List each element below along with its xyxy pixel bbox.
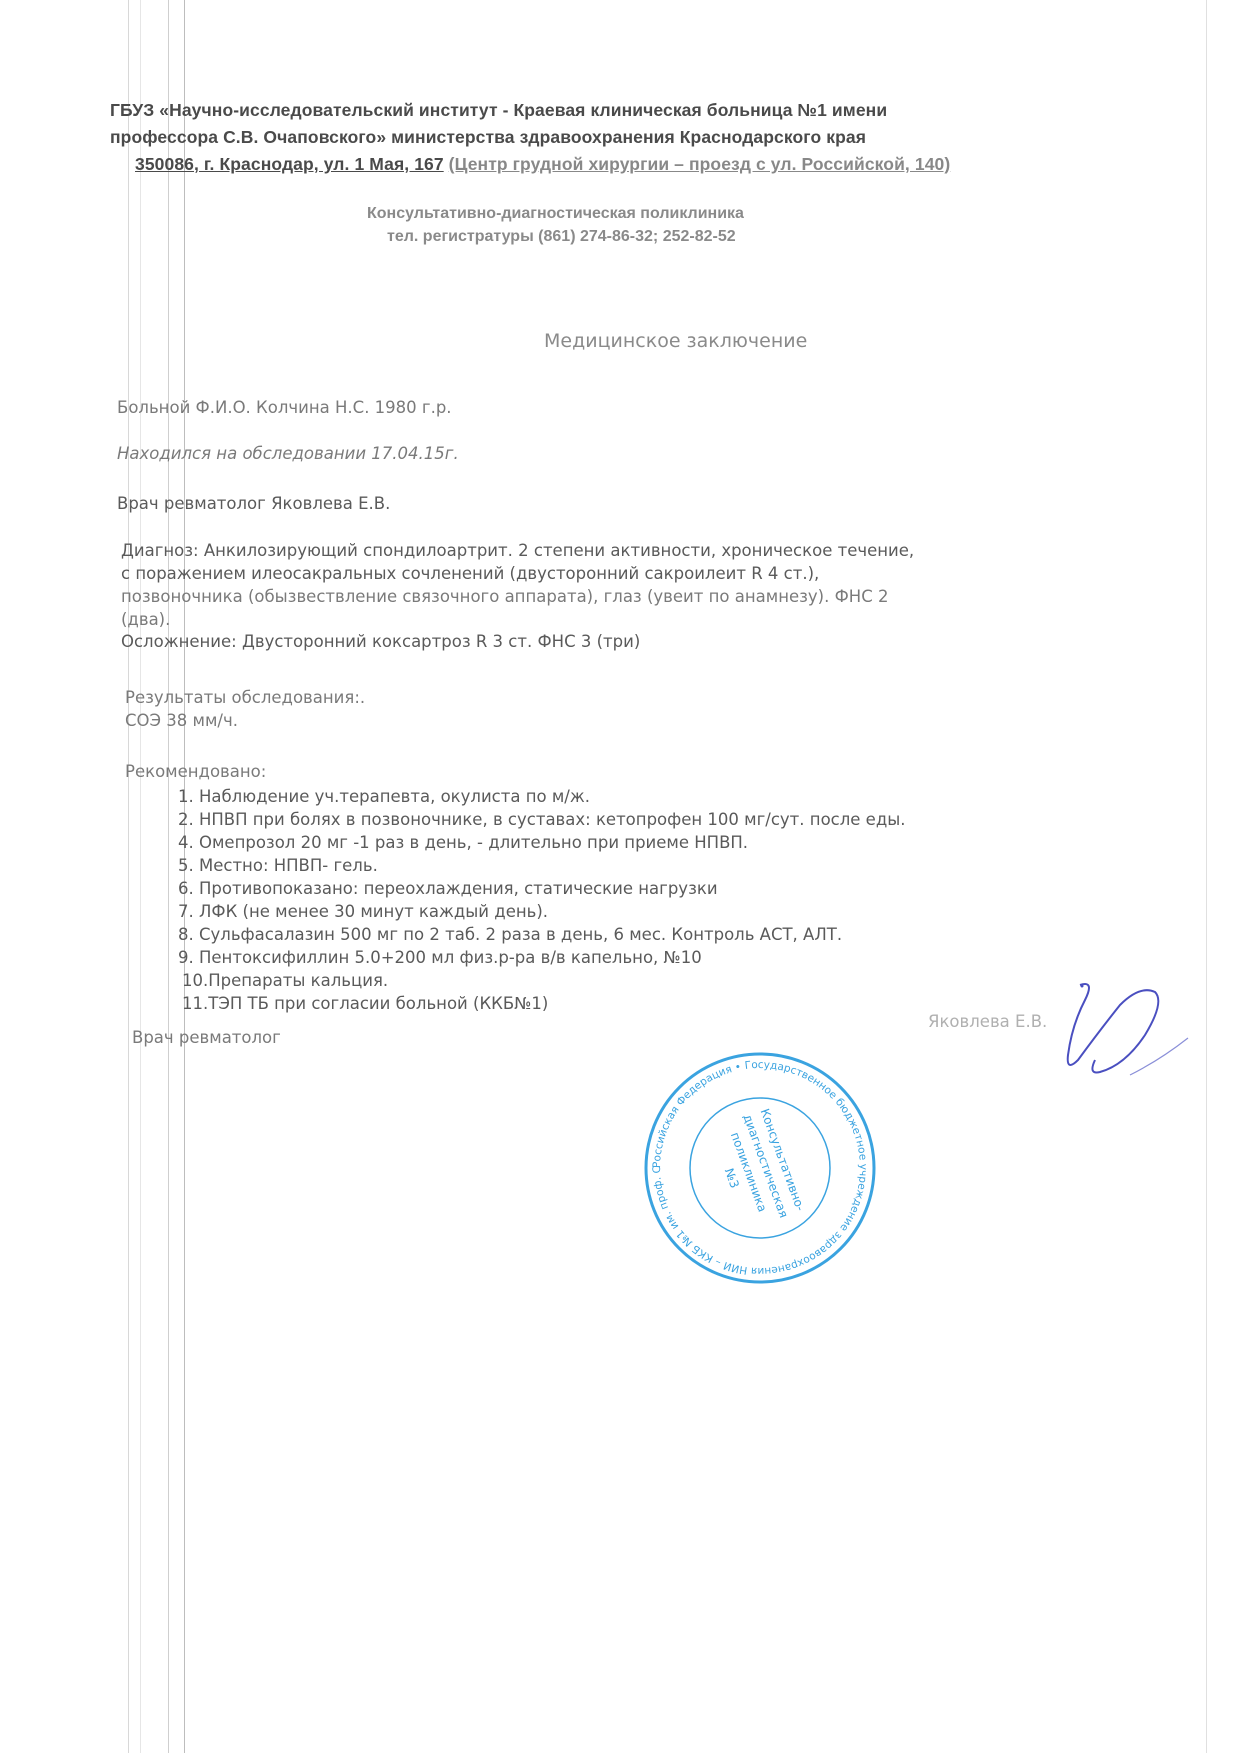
- registry-phone: тел. регистратуры (861) 274-86-32; 252-8…: [387, 228, 736, 246]
- clinic-name: Консультативно-диагностическая поликлини…: [367, 205, 744, 223]
- recommended-heading: Рекомендовано:: [125, 762, 266, 781]
- recommendations-list: 1. Наблюдение уч.терапевта, окулиста по …: [178, 785, 906, 1015]
- recommendation-item: 8. Сульфасалазин 500 мг по 2 таб. 2 раза…: [178, 923, 906, 946]
- scan-artifact-line: [140, 0, 141, 1753]
- results-heading: Результаты обследования:.: [125, 688, 365, 707]
- scan-artifact-line: [1206, 0, 1207, 1753]
- diagnosis-line-3: позвоночника (обызвествление связочного …: [121, 587, 888, 606]
- header-line-3: 350086, г. Краснодар, ул. 1 Мая, 167 (Це…: [135, 154, 950, 175]
- document-title: Медицинское заключение: [544, 330, 807, 352]
- org-name-part1: «Научно-исследовательский институт - Кра…: [159, 100, 887, 120]
- results-value: СОЭ 38 мм/ч.: [125, 711, 238, 730]
- recommendation-item: 6. Противопоказано: переохлаждения, стат…: [178, 877, 906, 900]
- signature-role: Врач ревматолог: [132, 1028, 281, 1047]
- official-stamp-icon: Российская Федерация • Государственное б…: [640, 1048, 880, 1288]
- recommendation-item: 2. НПВП при болях в позвоночнике, в суст…: [178, 808, 906, 831]
- recommendation-item: 10.Препараты кальция.: [182, 969, 906, 992]
- diagnosis-line-2: с поражением илеосакральных сочленений (…: [121, 564, 819, 583]
- header-line-2: профессора С.В. Очаповского» министерств…: [110, 127, 866, 148]
- svg-text:№3: №3: [722, 1166, 742, 1190]
- recommendation-item: 1. Наблюдение уч.терапевта, окулиста по …: [178, 785, 906, 808]
- recommendation-item: 7. ЛФК (не менее 30 минут каждый день).: [178, 900, 906, 923]
- diagnosis-line-1: Диагноз: Анкилозирующий спондилоартрит. …: [121, 541, 914, 560]
- scan-artifact-line: [128, 0, 129, 1753]
- address: 350086, г. Краснодар, ул. 1 Мая, 167: [135, 154, 444, 174]
- recommendation-item: 11.ТЭП ТБ при согласии больной (ККБ№1): [182, 992, 906, 1015]
- recommendation-item: 4. Омепрозол 20 мг -1 раз в день, - длит…: [178, 831, 906, 854]
- org-abbrev: ГБУЗ: [110, 100, 154, 120]
- patient-line: Больной Ф.И.О. Колчина Н.С. 1980 г.р.: [117, 398, 452, 417]
- recommendation-item: 9. Пентоксифиллин 5.0+200 мл физ.р-ра в/…: [178, 946, 906, 969]
- doctor-line: Врач ревматолог Яковлева Е.В.: [117, 494, 390, 513]
- complication-line: Осложнение: Двусторонний коксартроз R 3 …: [121, 632, 640, 651]
- recommendation-item: 5. Местно: НПВП- гель.: [178, 854, 906, 877]
- handwritten-signature-icon: [1060, 980, 1190, 1090]
- header-line-1: ГБУЗ «Научно-исследовательский институт …: [110, 100, 887, 121]
- exam-date-line: Находился на обследовании 17.04.15г.: [117, 444, 459, 463]
- signature-name: Яковлева Е.В.: [928, 1012, 1047, 1031]
- address-note: (Центр грудной хирургии – проезд с ул. Р…: [449, 154, 951, 174]
- diagnosis-line-4: (два).: [121, 610, 170, 629]
- scan-artifact-line: [168, 0, 169, 1753]
